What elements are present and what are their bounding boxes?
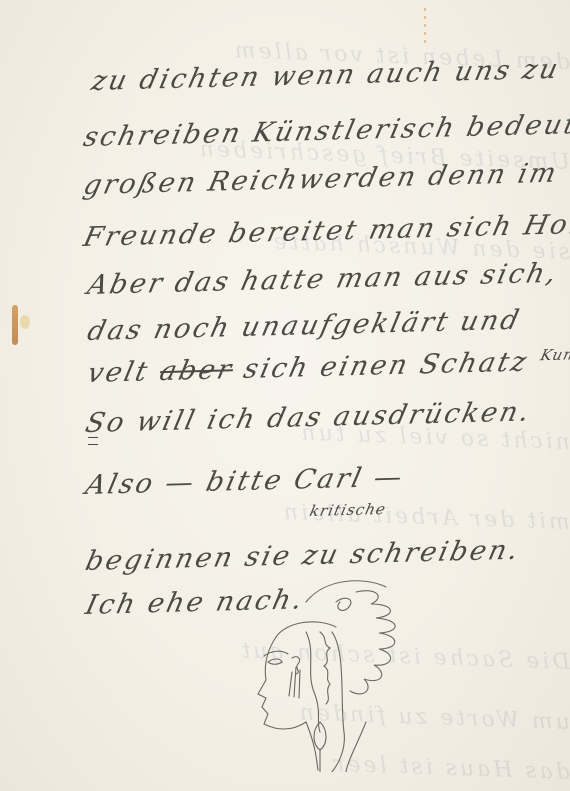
rust-stain [12,305,18,345]
handwritten-line: das noch unaufgeklärt und [85,305,525,347]
letter-page: dem Leben ist vor allem Umseite Brief ge… [0,0,570,791]
superscript-word: Kummer. [539,344,570,364]
handwritten-line: Aber das hatte man aus sich, [85,258,562,301]
handwritten-line-with-correction: velt aber sich einen Schatz Kummer. [85,344,570,389]
interlinear-insertion: kritische [308,500,388,520]
handwritten-line: Also — bitte Carl — [83,462,408,501]
struck-word: aber [157,354,237,387]
line-text: velt [85,356,153,389]
foxing-stain [20,315,30,329]
profile-headdress-sketch-icon [236,572,416,772]
handwritten-line: beginnen sie zu schreiben. [83,535,524,577]
double-underline-mark [88,437,98,445]
foxing-dots [424,8,426,48]
line-text: sich einen Schatz [241,347,532,385]
handwritten-line: schreiben Künstlerisch bedeutet [81,108,570,153]
handwritten-line: großen Reichwerden denn im [81,158,562,201]
